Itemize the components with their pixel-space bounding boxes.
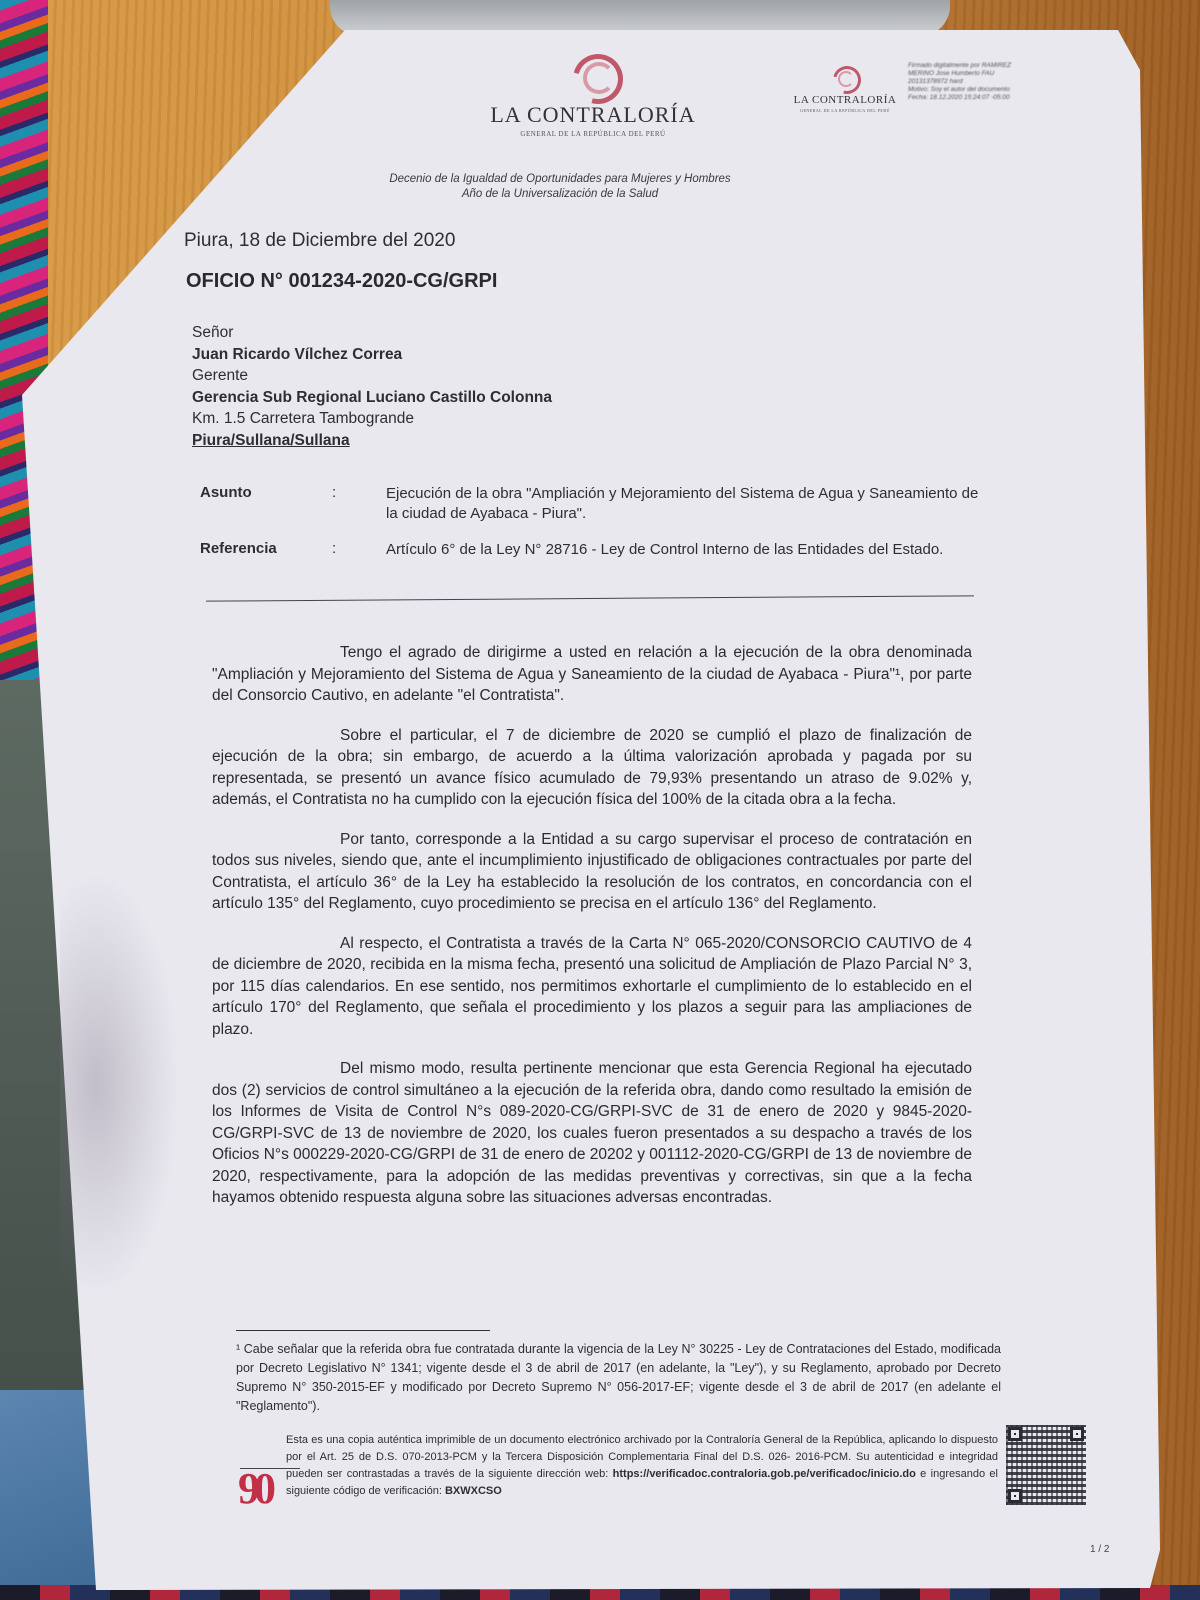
signature-line: 20131378972 hard bbox=[908, 78, 1068, 86]
logo-subtitle: GENERAL DE LA REPÚBLICA DEL PERÚ bbox=[478, 130, 708, 138]
decenio-heading: Decenio de la Igualdad de Oportunidades … bbox=[300, 172, 820, 202]
year-line: Año de la Universalización de la Salud bbox=[300, 187, 820, 202]
contraloria-logo-small: LA CONTRALORÍA GENERAL DE LA REPÚBLICA D… bbox=[785, 66, 905, 113]
signature-line: MERINO Jose Humberto FAU bbox=[908, 70, 1068, 78]
asunto-label: Asunto bbox=[200, 484, 332, 524]
subject-reference-block: Asunto : Ejecución de la obra "Ampliació… bbox=[200, 484, 980, 576]
colon: : bbox=[332, 540, 386, 560]
logo-name: LA CONTRALORÍA bbox=[478, 102, 708, 128]
contraloria-swirl-icon bbox=[561, 52, 625, 96]
recipient-location: Piura/Sullana/Sullana bbox=[192, 430, 552, 452]
recipient-title: Gerente bbox=[192, 365, 552, 387]
referencia-value: Artículo 6° de la Ley N° 28716 - Ley de … bbox=[386, 540, 980, 560]
qr-finder-icon bbox=[1008, 1427, 1022, 1441]
signature-line: Firmado digitalmente por RAMIREZ bbox=[908, 62, 1068, 70]
qr-finder-icon bbox=[1008, 1489, 1022, 1503]
referencia-row: Referencia : Artículo 6° de la Ley N° 28… bbox=[200, 540, 980, 560]
letter-date: Piura, 18 de Diciembre del 2020 bbox=[184, 230, 455, 252]
body-paragraph: Al respecto, el Contratista a través de … bbox=[212, 933, 972, 1041]
recipient-salutation: Señor bbox=[192, 322, 552, 344]
digital-signature-block: Firmado digitalmente por RAMIREZ MERINO … bbox=[908, 62, 1068, 102]
letter-body: Tengo el agrado de dirigirme a usted en … bbox=[212, 642, 972, 1227]
signature-line: Fecha: 18.12.2020 15:24:07 -05:00 bbox=[908, 94, 1068, 102]
divider bbox=[206, 595, 974, 601]
footnote-divider bbox=[236, 1330, 490, 1331]
qr-finder-icon bbox=[1070, 1427, 1084, 1441]
page-number: 1 / 2 bbox=[1090, 1544, 1109, 1555]
document-content: LA CONTRALORÍA GENERAL DE LA REPÚBLICA D… bbox=[0, 0, 1200, 1600]
recipient-organization: Gerencia Sub Regional Luciano Castillo C… bbox=[192, 387, 552, 409]
body-paragraph: Sobre el particular, el 7 de diciembre d… bbox=[212, 725, 972, 811]
decenio-line: Decenio de la Igualdad de Oportunidades … bbox=[300, 172, 820, 187]
authenticity-notice: Esta es una copia auténtica imprimible d… bbox=[286, 1432, 998, 1500]
recipient-name: Juan Ricardo Vílchez Correa bbox=[192, 344, 552, 366]
oficio-number: OFICIO N° 001234-2020-CG/GRPI bbox=[186, 270, 497, 293]
footnote: ¹ Cabe señalar que la referida obra fue … bbox=[236, 1340, 1001, 1416]
contraloria-swirl-icon bbox=[825, 66, 865, 92]
signature-line: Motivo: Soy el autor del documento bbox=[908, 86, 1068, 94]
referencia-label: Referencia bbox=[200, 540, 332, 560]
body-paragraph: Por tanto, corresponde a la Entidad a su… bbox=[212, 829, 972, 915]
qr-code-icon bbox=[1006, 1425, 1086, 1505]
asunto-row: Asunto : Ejecución de la obra "Ampliació… bbox=[200, 484, 980, 524]
verification-code: BXWXCSO bbox=[445, 1485, 502, 1497]
anniversary-90-logo: 90 bbox=[238, 1466, 288, 1512]
recipient-block: Señor Juan Ricardo Vílchez Correa Gerent… bbox=[192, 322, 552, 451]
body-paragraph: Tengo el agrado de dirigirme a usted en … bbox=[212, 642, 972, 707]
small-logo-subtitle: GENERAL DE LA REPÚBLICA DEL PERÚ bbox=[785, 108, 905, 113]
verification-url[interactable]: https://verificadoc.contraloria.gob.pe/v… bbox=[613, 1468, 916, 1480]
colon: : bbox=[332, 484, 386, 524]
contraloria-logo: LA CONTRALORÍA GENERAL DE LA REPÚBLICA D… bbox=[478, 52, 708, 138]
asunto-value: Ejecución de la obra "Ampliación y Mejor… bbox=[386, 484, 980, 524]
body-paragraph: Del mismo modo, resulta pertinente menci… bbox=[212, 1058, 972, 1209]
small-logo-name: LA CONTRALORÍA bbox=[785, 94, 905, 106]
recipient-address: Km. 1.5 Carretera Tambogrande bbox=[192, 408, 552, 430]
